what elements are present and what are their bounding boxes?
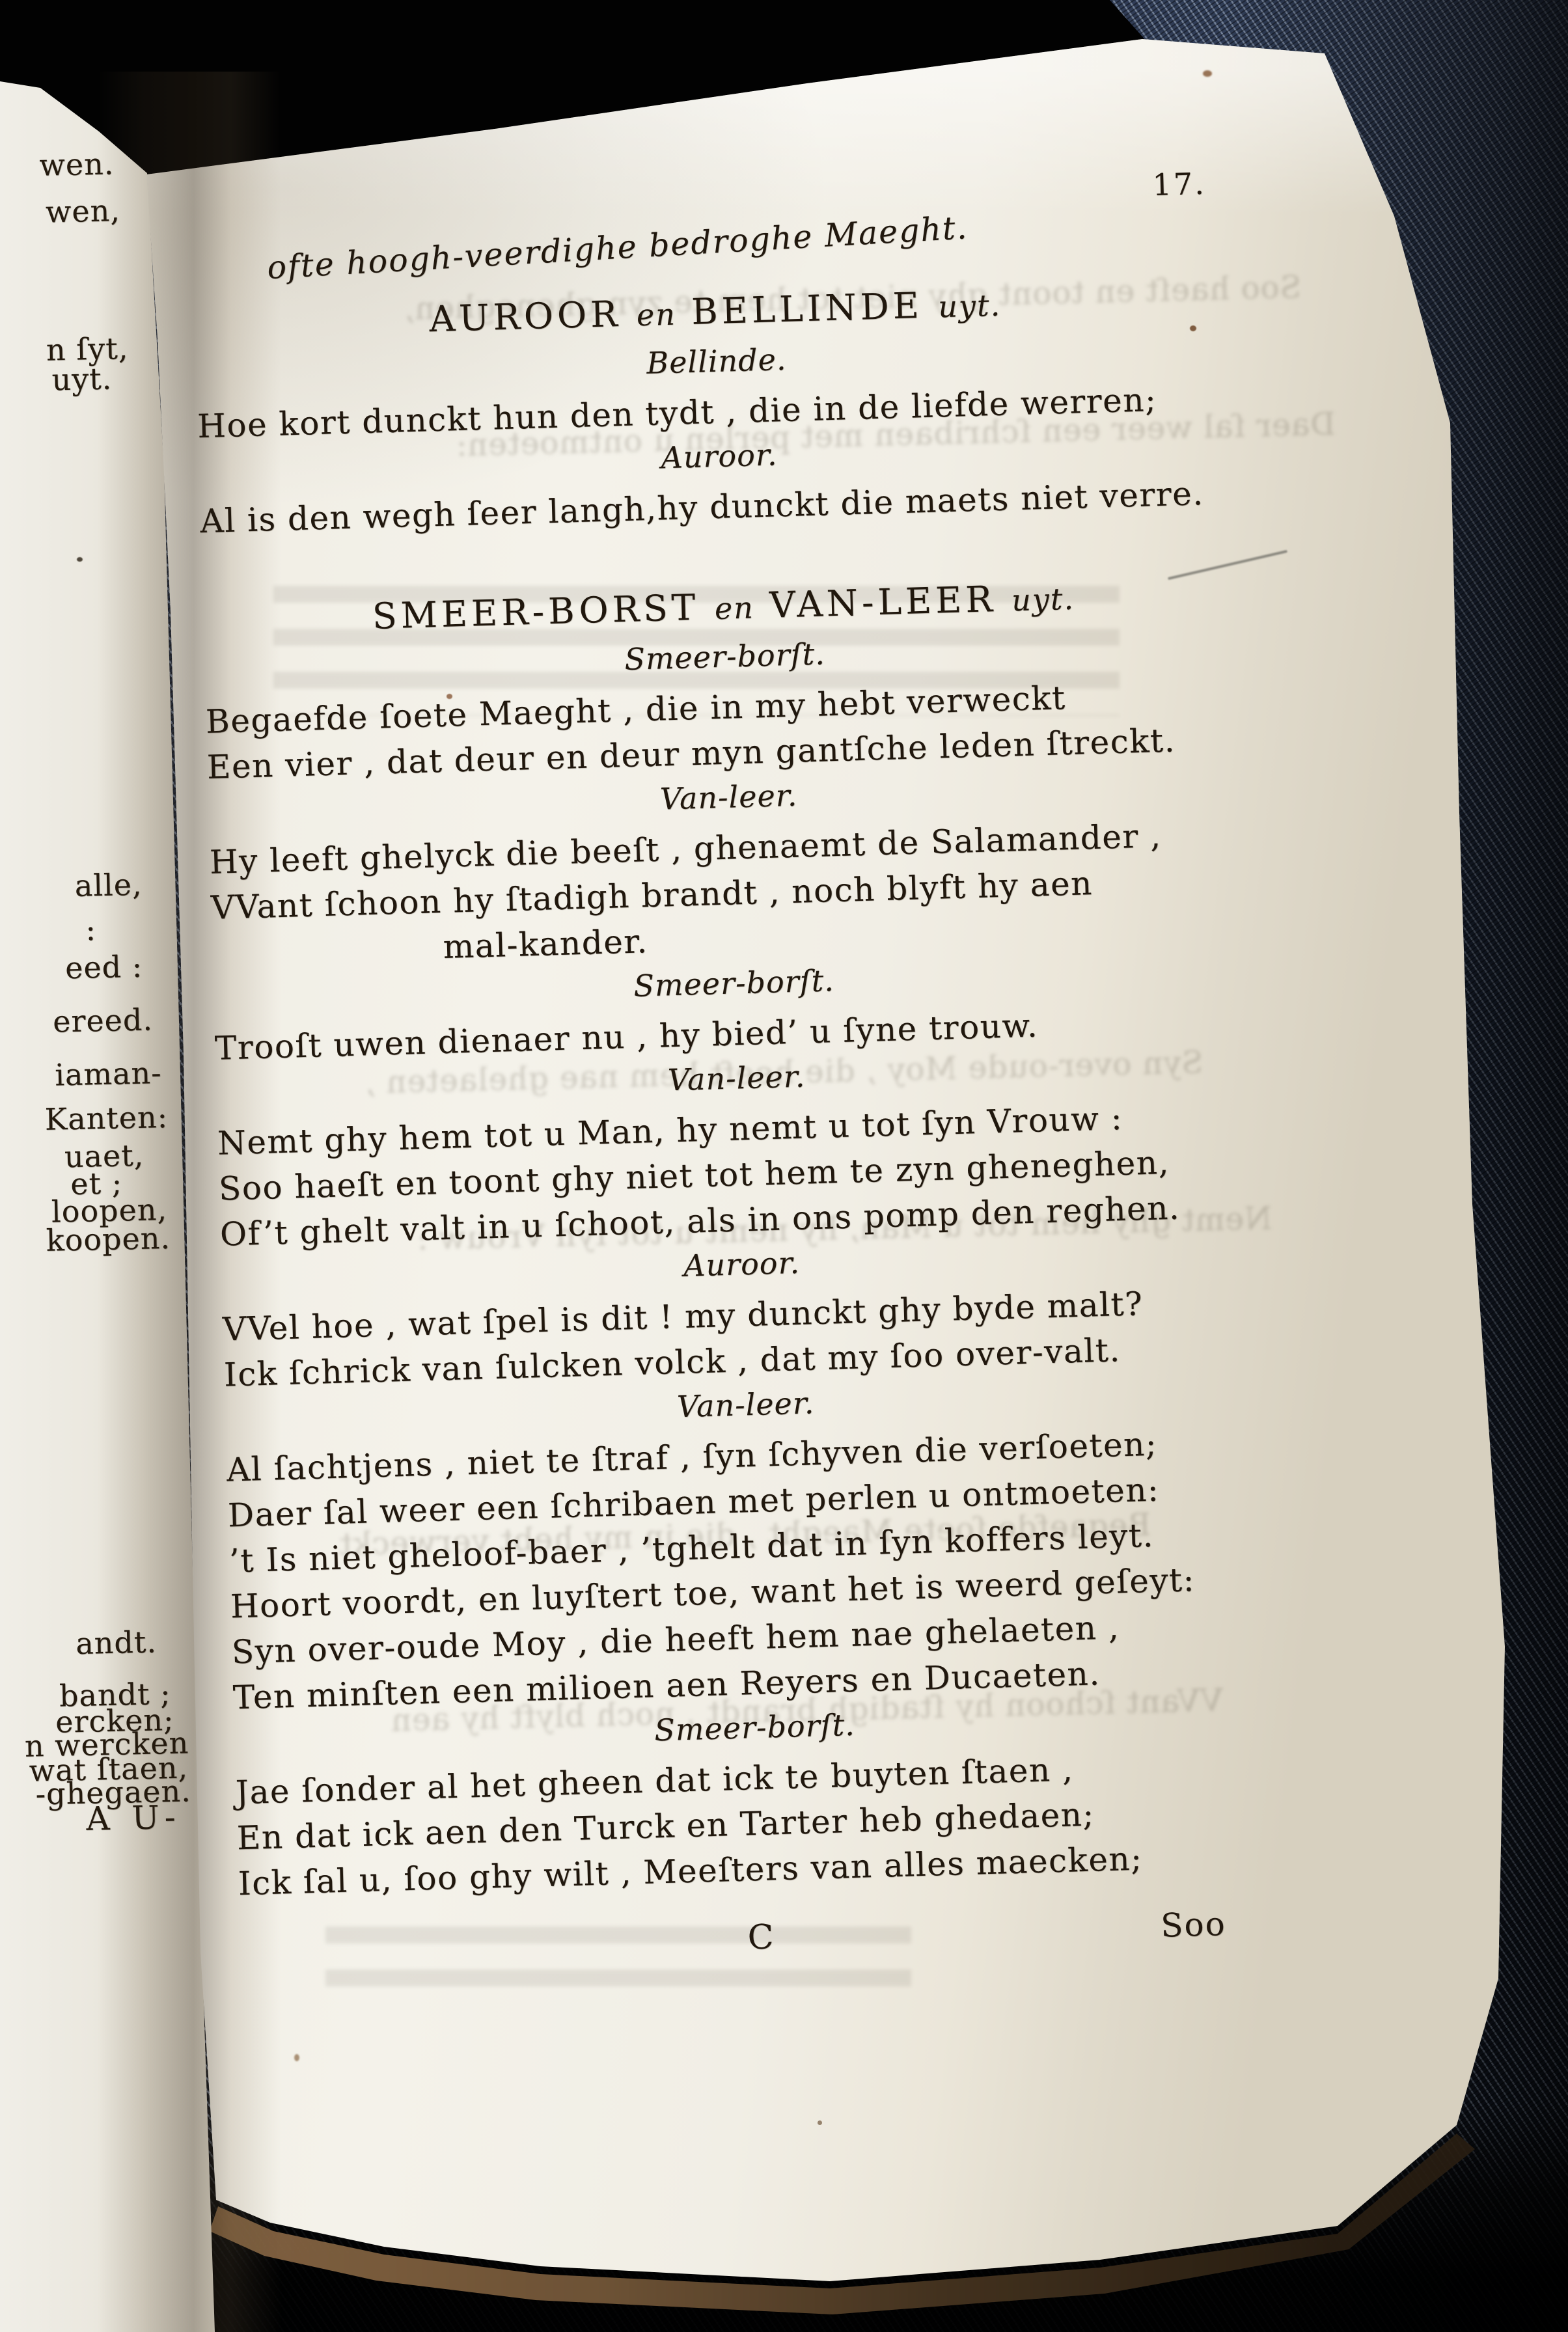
left-page-line: wen. (39, 146, 115, 182)
left-page-line: wen, (45, 193, 120, 229)
foxing-spot (1203, 70, 1212, 77)
page-text: ofte hoogh-veerdighe bedroghe Maeght. 17… (150, 0, 1483, 2331)
book-photo: Soo haeſt en toont ghy niet tot hem te z… (0, 0, 1568, 2332)
ink-speck (77, 557, 83, 562)
foxing-spot (294, 2054, 299, 2061)
left-page-line: uyt. (51, 361, 113, 398)
left-page-line: : (85, 912, 97, 947)
left-page-line: Kanten: (44, 1099, 168, 1137)
left-page-line: A U- (86, 1798, 182, 1838)
foxing-spot (447, 694, 452, 699)
conjunction: en (636, 297, 676, 333)
left-page-line: ereed. (53, 1002, 154, 1039)
stage-direction: uyt. (938, 288, 1002, 325)
stage-direction: uyt. (1011, 581, 1075, 618)
text-column: AUROOR en BELLINDE uyt. Bellinde. Hoe ko… (158, 270, 1474, 1985)
left-page-line: alle, (74, 867, 143, 903)
character-name: SMEER-BORST (372, 586, 700, 637)
signature-mark: C (204, 1902, 1317, 1973)
conjunction: en (714, 590, 754, 626)
page-number: 17. (1152, 166, 1207, 202)
left-page-line: andt. (76, 1625, 158, 1662)
character-name: AUROOR (429, 293, 622, 340)
foxing-spot (1190, 325, 1196, 331)
running-header: ofte hoogh-veerdighe bedroghe Maeght. (266, 197, 1178, 286)
left-page-line: koopen. (46, 1220, 171, 1258)
left-page-line: iaman- (55, 1055, 162, 1092)
character-name: VAN-LEER (769, 578, 997, 626)
character-name: BELLINDE (691, 284, 923, 333)
direction-line: C Soo (204, 1898, 1474, 1985)
foxing-spot (818, 2120, 822, 2125)
catchword: Soo (1160, 1905, 1226, 1945)
left-page-line: eed : (65, 949, 143, 985)
